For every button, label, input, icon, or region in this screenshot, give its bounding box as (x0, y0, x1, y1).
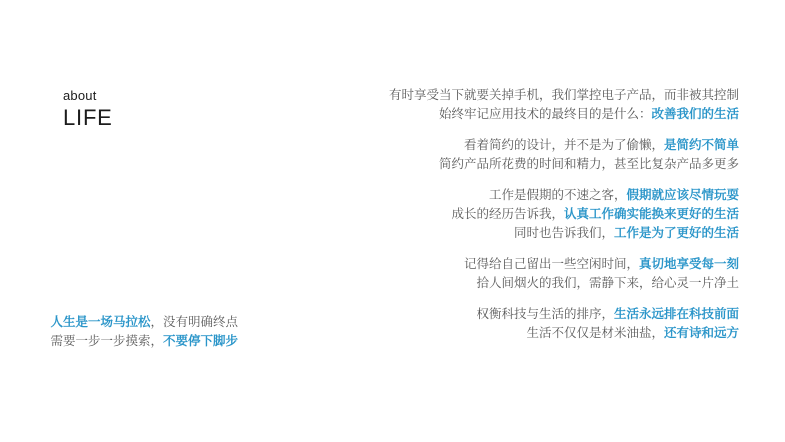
text-line: 记得给自己留出一些空闲时间，真切地享受每一刻 (309, 255, 739, 274)
text-line: 有时享受当下就要关掉手机，我们掌控电子产品，而非被其控制 (309, 86, 739, 105)
highlighted-text-segment: 改善我们的生活 (651, 107, 739, 121)
highlighted-text-segment: 还有诗和远方 (664, 326, 739, 340)
text-line: 拾人间烟火的我们，需静下来，给心灵一片净土 (309, 274, 739, 293)
text-segment: 始终牢记应用技术的最终目的是什么： (439, 107, 652, 121)
text-segment: 记得给自己留出一些空闲时间， (464, 257, 639, 271)
text-segment: 有时享受当下就要关掉手机，我们掌控电子产品，而非被其控制 (389, 88, 739, 102)
text-segment: 同时也告诉我们， (514, 226, 614, 240)
text-segment: 看着简约的设计，并不是为了偷懒， (464, 138, 664, 152)
highlighted-text-segment: 真切地享受每一刻 (639, 257, 739, 271)
paragraph: 权衡科技与生活的排序，生活永远排在科技前面生活不仅仅是材米油盐，还有诗和远方 (309, 305, 739, 342)
body-paragraphs: 有时享受当下就要关掉手机，我们掌控电子产品，而非被其控制始终牢记应用技术的最终目… (309, 86, 739, 343)
text-segment: 需要一步一步摸索， (50, 334, 163, 348)
text-segment: 成长的经历告诉我， (451, 207, 564, 221)
highlighted-text-segment: 不要停下脚步 (163, 334, 238, 348)
text-line: 生活不仅仅是材米油盐，还有诗和远方 (309, 324, 739, 343)
highlighted-text-segment: 认真工作确实能换来更好的生活 (564, 207, 739, 221)
highlighted-text-segment: 假期就应该尽情玩耍 (626, 188, 739, 202)
highlighted-text-segment: 人生是一场马拉松 (50, 315, 150, 329)
text-line: 人生是一场马拉松，没有明确终点 (38, 313, 238, 332)
page-title: LIFE (63, 105, 113, 131)
text-segment: 生活不仅仅是材米油盐， (526, 326, 664, 340)
slide-canvas: about LIFE 有时享受当下就要关掉手机，我们掌控电子产品，而非被其控制始… (0, 0, 785, 442)
highlighted-text-segment: 是简约不简单 (664, 138, 739, 152)
title-block: about LIFE (63, 88, 113, 131)
title-eyebrow: about (63, 88, 113, 104)
paragraph: 看着简约的设计，并不是为了偷懒，是简约不简单简约产品所花费的时间和精力，甚至比复… (309, 136, 739, 173)
paragraph: 有时享受当下就要关掉手机，我们掌控电子产品，而非被其控制始终牢记应用技术的最终目… (309, 86, 739, 123)
text-segment: ，没有明确终点 (150, 315, 238, 329)
text-line: 同时也告诉我们，工作是为了更好的生活 (309, 224, 739, 243)
text-line: 看着简约的设计，并不是为了偷懒，是简约不简单 (309, 136, 739, 155)
text-line: 权衡科技与生活的排序，生活永远排在科技前面 (309, 305, 739, 324)
text-segment: 工作是假期的不速之客， (489, 188, 627, 202)
highlighted-text-segment: 生活永远排在科技前面 (614, 307, 739, 321)
text-line: 需要一步一步摸索，不要停下脚步 (38, 332, 238, 351)
paragraph: 记得给自己留出一些空闲时间，真切地享受每一刻拾人间烟火的我们，需静下来，给心灵一… (309, 255, 739, 292)
text-line: 始终牢记应用技术的最终目的是什么：改善我们的生活 (309, 105, 739, 124)
text-segment: 权衡科技与生活的排序， (476, 307, 614, 321)
text-line: 成长的经历告诉我，认真工作确实能换来更好的生活 (309, 205, 739, 224)
text-segment: 简约产品所花费的时间和精力，甚至比复杂产品多更多 (439, 157, 739, 171)
text-line: 简约产品所花费的时间和精力，甚至比复杂产品多更多 (309, 155, 739, 174)
highlighted-text-segment: 工作是为了更好的生活 (614, 226, 739, 240)
paragraph: 人生是一场马拉松，没有明确终点需要一步一步摸索，不要停下脚步 (38, 313, 238, 350)
paragraph: 工作是假期的不速之客，假期就应该尽情玩耍成长的经历告诉我，认真工作确实能换来更好… (309, 186, 739, 242)
text-line: 工作是假期的不速之客，假期就应该尽情玩耍 (309, 186, 739, 205)
footnote: 人生是一场马拉松，没有明确终点需要一步一步摸索，不要停下脚步 (38, 313, 238, 350)
text-segment: 拾人间烟火的我们，需静下来，给心灵一片净土 (476, 276, 739, 290)
